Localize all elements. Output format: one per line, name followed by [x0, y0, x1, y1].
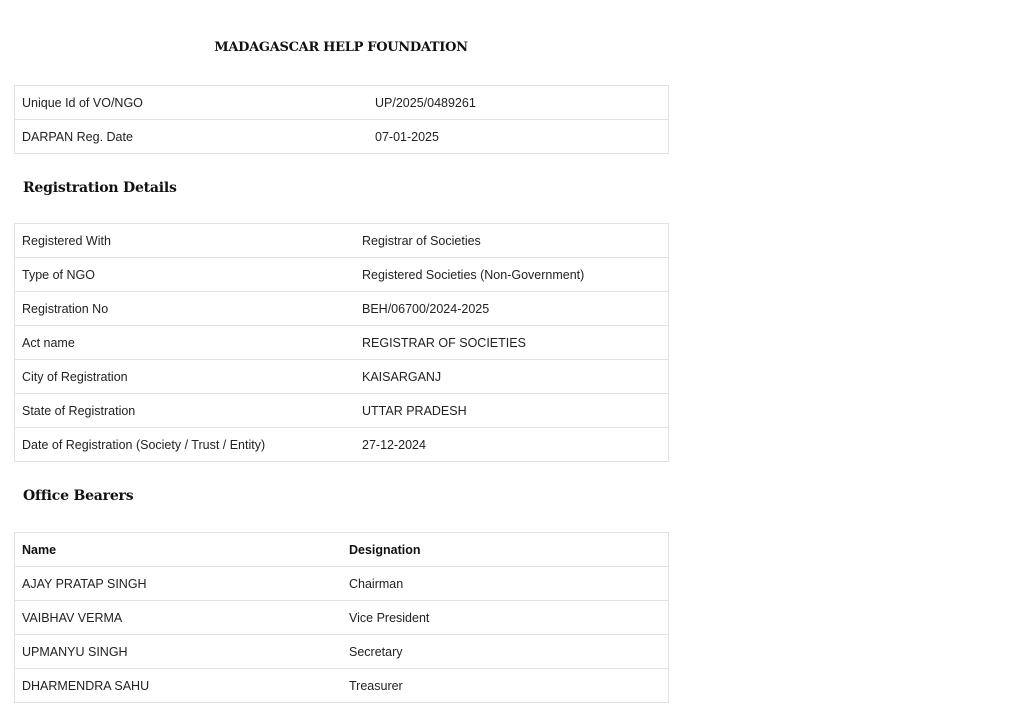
bearer-designation: Vice President	[342, 601, 669, 635]
table-row: AJAY PRATAP SINGH Chairman	[15, 567, 669, 601]
bearer-name: UPMANYU SINGH	[15, 635, 343, 669]
registration-details-table: Registered With Registrar of Societies T…	[14, 223, 669, 462]
table-row: City of Registration KAISARGANJ	[15, 360, 669, 394]
table-row: DARPAN Reg. Date 07-01-2025	[15, 120, 669, 154]
table-row: DHARMENDRA SAHU Treasurer	[15, 669, 669, 703]
city-value: KAISARGANJ	[355, 360, 669, 394]
registration-date-value: 27-12-2024	[355, 428, 669, 462]
table-row: Registered With Registrar of Societies	[15, 224, 669, 258]
ngo-type-value: Registered Societies (Non-Government)	[355, 258, 669, 292]
darpan-date-value: 07-01-2025	[368, 120, 669, 154]
unique-id-label: Unique Id of VO/NGO	[15, 86, 369, 120]
table-row: Registration No BEH/06700/2024-2025	[15, 292, 669, 326]
table-row: Act name REGISTRAR OF SOCIETIES	[15, 326, 669, 360]
registration-details-heading: Registration Details	[23, 180, 177, 196]
bearer-designation: Treasurer	[342, 669, 669, 703]
darpan-date-label: DARPAN Reg. Date	[15, 120, 369, 154]
document-title: MADAGASCAR HELP FOUNDATION	[0, 40, 682, 55]
table-row: Date of Registration (Society / Trust / …	[15, 428, 669, 462]
state-value: UTTAR PRADESH	[355, 394, 669, 428]
registration-date-label: Date of Registration (Society / Trust / …	[15, 428, 356, 462]
table-row: Unique Id of VO/NGO UP/2025/0489261	[15, 86, 669, 120]
registered-with-label: Registered With	[15, 224, 356, 258]
office-bearers-heading: Office Bearers	[23, 488, 133, 504]
registered-with-value: Registrar of Societies	[355, 224, 669, 258]
unique-id-value: UP/2025/0489261	[368, 86, 669, 120]
identity-table: Unique Id of VO/NGO UP/2025/0489261 DARP…	[14, 85, 669, 154]
table-row: VAIBHAV VERMA Vice President	[15, 601, 669, 635]
registration-no-label: Registration No	[15, 292, 356, 326]
state-label: State of Registration	[15, 394, 356, 428]
table-row: State of Registration UTTAR PRADESH	[15, 394, 669, 428]
act-name-value: REGISTRAR OF SOCIETIES	[355, 326, 669, 360]
column-header-name: Name	[15, 533, 343, 567]
ngo-type-label: Type of NGO	[15, 258, 356, 292]
table-row: Type of NGO Registered Societies (Non-Go…	[15, 258, 669, 292]
bearer-name: AJAY PRATAP SINGH	[15, 567, 343, 601]
city-label: City of Registration	[15, 360, 356, 394]
column-header-designation: Designation	[342, 533, 669, 567]
bearer-name: DHARMENDRA SAHU	[15, 669, 343, 703]
bearer-name: VAIBHAV VERMA	[15, 601, 343, 635]
table-row: UPMANYU SINGH Secretary	[15, 635, 669, 669]
office-bearers-table: Name Designation AJAY PRATAP SINGH Chair…	[14, 532, 669, 703]
bearer-designation: Chairman	[342, 567, 669, 601]
registration-no-value: BEH/06700/2024-2025	[355, 292, 669, 326]
bearer-designation: Secretary	[342, 635, 669, 669]
act-name-label: Act name	[15, 326, 356, 360]
table-header-row: Name Designation	[15, 533, 669, 567]
